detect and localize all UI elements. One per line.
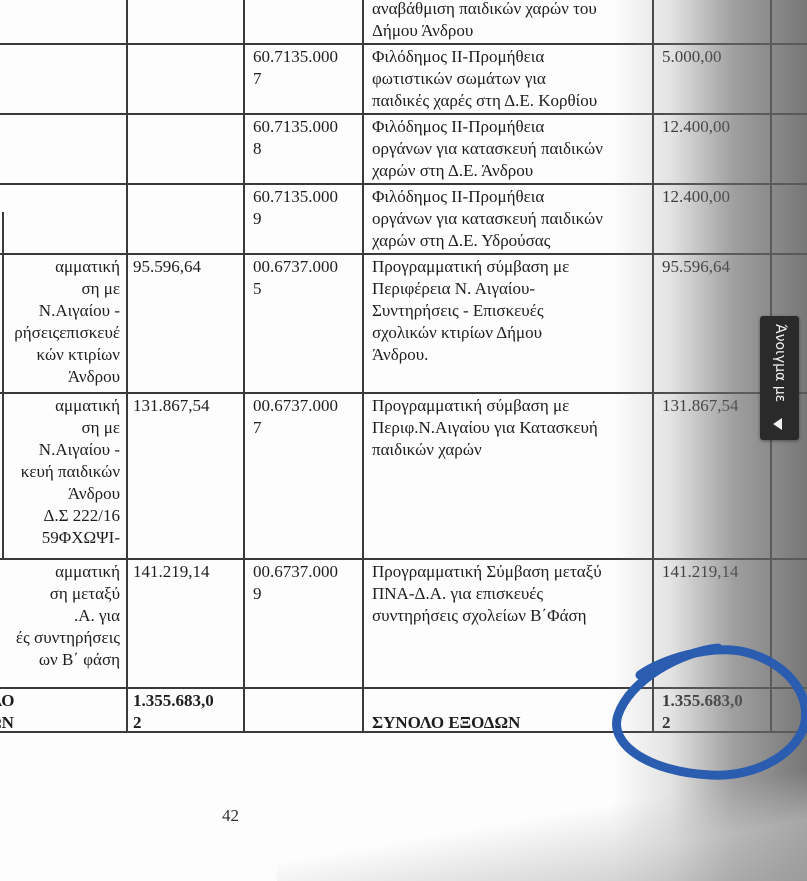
totals-label-cell-line: ΩΝ xyxy=(0,712,40,734)
expense-description-cell-line: Προγραμματική Σύμβαση μεταξύ xyxy=(372,561,650,583)
revenue-description-cell: αμματικήση μεταξύ.Α. γιαές συντηρήσειςων… xyxy=(0,561,120,671)
revenue-amount-cell: 95.596,64 xyxy=(133,256,241,278)
page-number: 42 xyxy=(222,806,239,826)
expense-amount-cell: 131.867,54 xyxy=(662,395,770,417)
table-column-border xyxy=(652,0,654,731)
expense-description-cell-line: Φιλόδημος ΙΙ-Προμήθεια xyxy=(372,116,650,138)
revenue-description-cell: αμματικήση μεΝ.Αιγαίου -κευή παιδικώνΆνδ… xyxy=(0,395,120,549)
table-column-border xyxy=(362,0,364,731)
expense-description-cell: Προγραμματική σύμβαση μεΠεριφέρεια Ν. Αι… xyxy=(372,256,650,366)
revenue-total-cell-line: 2 xyxy=(133,712,243,734)
revenue-description-cell-line: .Α. για xyxy=(0,605,120,627)
expense-description-cell-line: σχολικών κτιρίων Δήμου xyxy=(372,322,650,344)
revenue-amount-cell: 141.219,14 xyxy=(133,561,241,583)
expense-description-cell: Προγραμματική Σύμβαση μεταξύΠΝΑ-Δ.Α. για… xyxy=(372,561,650,627)
expense-code-cell-line: 5 xyxy=(253,278,361,300)
expense-total-label: ΣΥΝΟΛΟ ΕΞΟΔΩΝ xyxy=(372,712,650,734)
expense-description-cell-line: παιδικών χαρών xyxy=(372,439,650,461)
expense-code-cell-line: 7 xyxy=(253,417,361,439)
expense-code-cell: 00.6737.0005 xyxy=(253,256,361,300)
expense-code-cell-line: 00.6737.000 xyxy=(253,395,361,417)
totals-label-cell: ΛΟΩΝ xyxy=(0,690,40,734)
expense-code-cell-line: 7 xyxy=(253,68,361,90)
open-with-label: Άνοιγμα με xyxy=(764,324,795,412)
expense-code-cell-line: 9 xyxy=(253,208,361,230)
expense-code-cell-line: 60.7135.000 xyxy=(253,186,361,208)
expense-description-cell-line: αναβάθμιση παιδικών χαρών του xyxy=(372,0,650,20)
expense-description-cell: Φιλόδημος ΙΙ-Προμήθειαοργάνων για κατασκ… xyxy=(372,116,650,182)
expense-code-cell-line: 9 xyxy=(253,583,361,605)
expense-amount-cell: 12.400,00 xyxy=(662,116,770,138)
expense-description-cell-line: ΠΝΑ-Δ.Α. για επισκευές xyxy=(372,583,650,605)
expense-description-cell-line: Δήμου Άνδρου xyxy=(372,20,650,42)
expense-description-cell-line: Άνδρου. xyxy=(372,344,650,366)
expense-code-cell-line: 60.7135.000 xyxy=(253,46,361,68)
expense-total-cell: 1.355.683,02 xyxy=(662,690,770,734)
expense-description-cell-line: Προγραμματική σύμβαση με xyxy=(372,256,650,278)
revenue-description-cell-line: Δ.Σ 222/16 xyxy=(0,505,120,527)
revenue-description-cell-line: ων Β΄ φάση xyxy=(0,649,120,671)
expense-description-cell-line: συντηρήσεις σχολείων Β΄Φάση xyxy=(372,605,650,627)
expense-code-cell: 00.6737.0007 xyxy=(253,395,361,439)
totals-label-cell-line: ΛΟ xyxy=(0,690,40,712)
expense-code-cell-line: 00.6737.000 xyxy=(253,256,361,278)
expense-description-cell-line: παιδικές χαρές στη Δ.Ε. Κορθίου xyxy=(372,90,650,112)
expense-code-cell-line: 00.6737.000 xyxy=(253,561,361,583)
table-row-border xyxy=(0,558,807,560)
expense-code-cell: 60.7135.0009 xyxy=(253,186,361,230)
expense-description-cell-line: Περιφ.Ν.Αιγαίου για Κατασκευή xyxy=(372,417,650,439)
revenue-description-cell-line: κευή παιδικών xyxy=(0,461,120,483)
expense-description-cell-line: Φιλόδημος ΙΙ-Προμήθεια xyxy=(372,46,650,68)
table-row-border xyxy=(0,183,807,185)
expense-description-cell-line: Φιλόδημος ΙΙ-Προμήθεια xyxy=(372,186,650,208)
triangle-left-icon xyxy=(773,418,782,430)
revenue-amount-cell: 131.867,54 xyxy=(133,395,241,417)
expense-description-cell-line: Περιφέρεια Ν. Αιγαίου- xyxy=(372,278,650,300)
table-column-border xyxy=(126,0,128,731)
expense-code-cell-line: 60.7135.000 xyxy=(253,116,361,138)
expense-description-cell-line: οργάνων για κατασκευή παιδικών xyxy=(372,208,650,230)
revenue-description-cell-line: 59ΦΧΩΨΙ- xyxy=(0,527,120,549)
revenue-description-cell-line: Ν.Αιγαίου - xyxy=(0,439,120,461)
revenue-description-cell-line: ρήσειςεπισκευέ xyxy=(0,322,120,344)
expense-description-cell-line: χαρών στη Δ.Ε. Υδρούσας xyxy=(372,230,650,252)
revenue-description-cell-line: Άνδρου xyxy=(0,366,120,388)
scanned-document-page: αναβάθμιση παιδικών χαρών τουΔήμου Άνδρο… xyxy=(0,0,807,881)
table-row-border xyxy=(0,43,807,45)
expense-amount-cell: 12.400,00 xyxy=(662,186,770,208)
revenue-description-cell-line: ση μεταξύ xyxy=(0,583,120,605)
expense-description-cell: Φιλόδημος ΙΙ-Προμήθειαοργάνων για κατασκ… xyxy=(372,186,650,252)
expense-description-cell-line: φωτιστικών σωμάτων για xyxy=(372,68,650,90)
expense-amount-cell: 95.596,64 xyxy=(662,256,770,278)
revenue-description-cell-line: ση με xyxy=(0,417,120,439)
revenue-total-cell-line: 1.355.683,0 xyxy=(133,690,243,712)
expense-description-cell-line: Προγραμματική σύμβαση με xyxy=(372,395,650,417)
expense-description-cell-line: Συντηρήσεις - Επισκευές xyxy=(372,300,650,322)
table-row-border xyxy=(0,253,807,255)
table-row-border xyxy=(0,687,807,689)
expense-amount-cell: 5.000,00 xyxy=(662,46,770,68)
expense-description-cell: αναβάθμιση παιδικών χαρών τουΔήμου Άνδρο… xyxy=(372,0,650,42)
revenue-description-cell-line: ση με xyxy=(0,278,120,300)
revenue-description-cell: αμματικήση μεΝ.Αιγαίου -ρήσειςεπισκευέκώ… xyxy=(0,256,120,388)
revenue-description-cell-line: αμματική xyxy=(0,395,120,417)
expense-code-cell-line: 8 xyxy=(253,138,361,160)
table-row-border xyxy=(0,113,807,115)
revenue-description-cell-line: αμματική xyxy=(0,256,120,278)
revenue-description-cell-line: ές συντηρήσεις xyxy=(0,627,120,649)
revenue-description-cell-line: Ν.Αιγαίου - xyxy=(0,300,120,322)
expense-code-cell: 60.7135.0007 xyxy=(253,46,361,90)
expense-total-cell-line: 2 xyxy=(662,712,770,734)
expense-amount-cell: 141.219,14 xyxy=(662,561,770,583)
revenue-description-cell-line: αμματική xyxy=(0,561,120,583)
expense-code-cell: 00.6737.0009 xyxy=(253,561,361,605)
expense-total-cell-line: 1.355.683,0 xyxy=(662,690,770,712)
expense-description-cell: Φιλόδημος ΙΙ-Προμήθειαφωτιστικών σωμάτων… xyxy=(372,46,650,112)
revenue-total-cell: 1.355.683,02 xyxy=(133,690,243,734)
expense-description-cell: Προγραμματική σύμβαση μεΠεριφ.Ν.Αιγαίου … xyxy=(372,395,650,461)
revenue-description-cell-line: Άνδρου xyxy=(0,483,120,505)
table-row-border xyxy=(0,392,807,394)
expense-description-cell-line: χαρών στη Δ.Ε. Άνδρου xyxy=(372,160,650,182)
open-with-button[interactable]: Άνοιγμα με xyxy=(760,316,799,440)
expense-code-cell: 60.7135.0008 xyxy=(253,116,361,160)
revenue-description-cell-line: κών κτιρίων xyxy=(0,344,120,366)
table-column-border xyxy=(243,0,245,731)
expense-description-cell-line: οργάνων για κατασκευή παιδικών xyxy=(372,138,650,160)
